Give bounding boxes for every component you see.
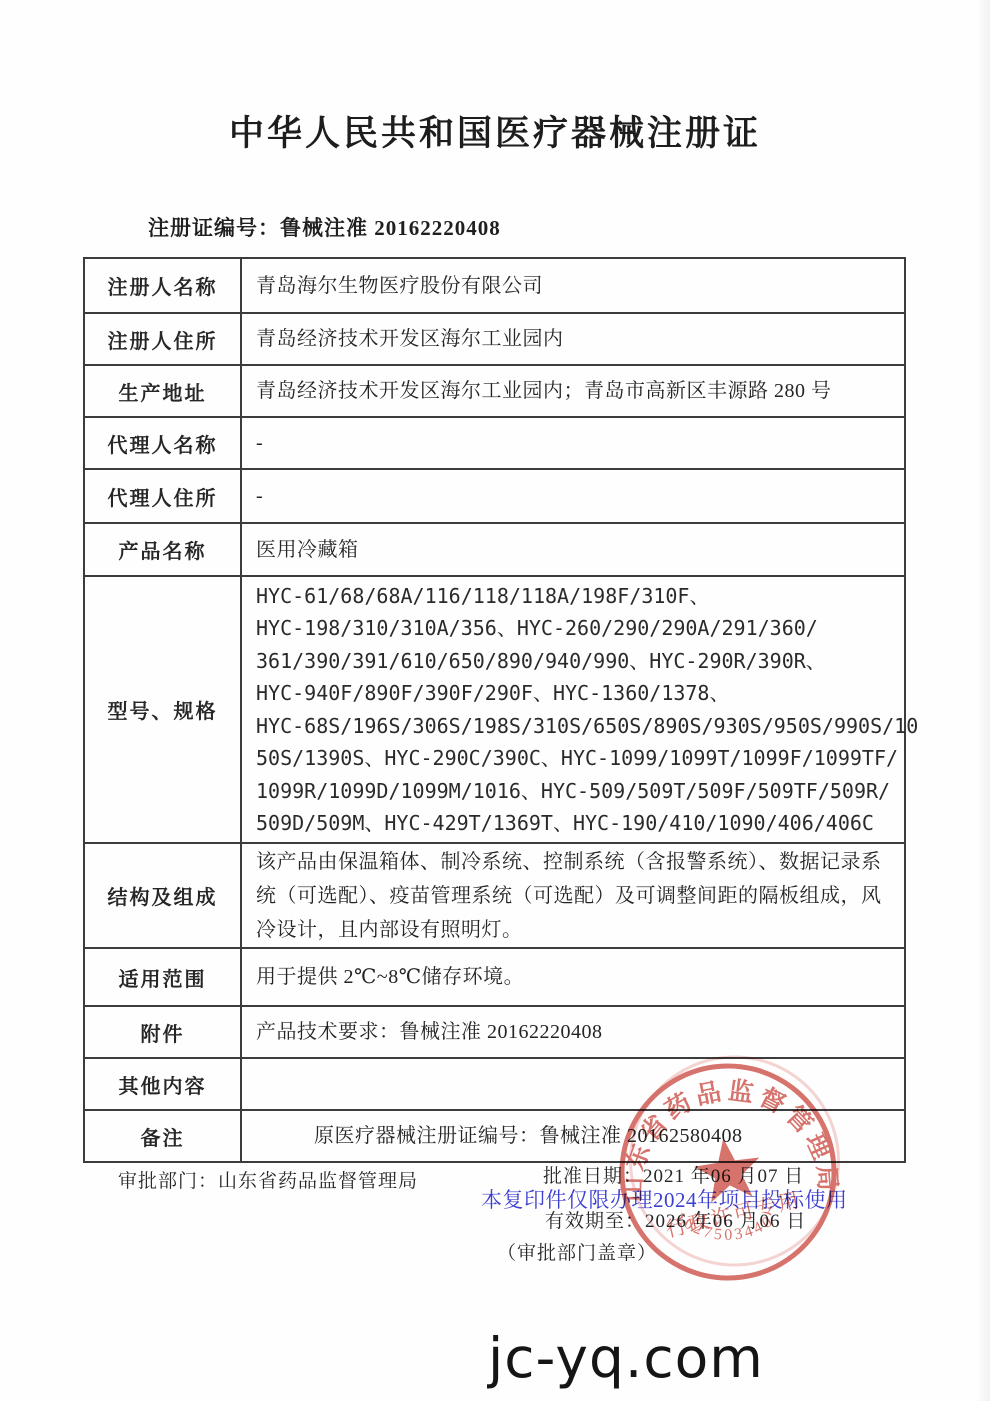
table-row: 产品名称医用冷藏箱 [85, 524, 904, 577]
valid-until-date: 有效期至：2026 年06 月06 日 [545, 1206, 806, 1233]
row-value: 原医疗器械注册证编号：鲁械注准 20162580408 [242, 1111, 904, 1161]
row-label: 注册人名称 [85, 259, 242, 312]
table-row: 注册人名称青岛海尔生物医疗股份有限公司 [85, 259, 904, 314]
row-value: 青岛海尔生物医疗股份有限公司 [242, 259, 904, 312]
table-row: 型号、规格HYC-61/68/68A/116/118/118A/198F/310… [85, 577, 904, 844]
row-value [242, 1059, 904, 1109]
row-label: 生产地址 [85, 366, 242, 416]
model-spec-line: HYC-68S/196S/306S/198S/310S/650S/890S/93… [256, 710, 918, 743]
cert-number-line: 注册证编号：鲁械注准 20162220408 [148, 212, 501, 242]
watermark-text: jc-yq.com [488, 1326, 764, 1390]
table-row: 备注原医疗器械注册证编号：鲁械注准 20162580408 [85, 1111, 904, 1161]
row-label: 附件 [85, 1007, 242, 1057]
model-spec-line: HYC-940F/890F/390F/290F、HYC-1360/1378、 [256, 677, 918, 710]
row-value: HYC-61/68/68A/116/118/118A/198F/310F、HYC… [242, 577, 928, 842]
table-row: 代理人住所- [85, 470, 904, 524]
table-row: 其他内容 [85, 1059, 904, 1111]
table-row: 注册人住所青岛经济技术开发区海尔工业园内 [85, 314, 904, 366]
row-label: 注册人住所 [85, 314, 242, 364]
row-label: 结构及组成 [85, 844, 242, 947]
table-row: 附件产品技术要求：鲁械注准 20162220408 [85, 1007, 904, 1059]
table-row: 结构及组成该产品由保温箱体、制冷系统、控制系统（含报警系统）、数据记录系统（可选… [85, 844, 904, 949]
row-label: 备注 [85, 1111, 242, 1161]
row-value: - [242, 470, 904, 522]
row-value: 青岛经济技术开发区海尔工业园内；青岛市高新区丰源路 280 号 [242, 366, 904, 416]
cert-table: 注册人名称青岛海尔生物医疗股份有限公司注册人住所青岛经济技术开发区海尔工业园内生… [83, 257, 906, 1163]
row-label: 代理人名称 [85, 418, 242, 468]
model-spec-line: 509D/509M、HYC-429T/1369T、HYC-190/410/109… [256, 807, 918, 840]
table-row: 生产地址青岛经济技术开发区海尔工业园内；青岛市高新区丰源路 280 号 [85, 366, 904, 418]
row-label: 其他内容 [85, 1059, 242, 1109]
table-row: 适用范围用于提供 2℃~8℃储存环境。 [85, 949, 904, 1007]
table-row: 代理人名称- [85, 418, 904, 470]
row-value: 青岛经济技术开发区海尔工业园内 [242, 314, 904, 364]
row-value: 该产品由保温箱体、制冷系统、控制系统（含报警系统）、数据记录系统（可选配）、疫苗… [242, 844, 904, 947]
row-label: 产品名称 [85, 524, 242, 575]
row-label: 适用范围 [85, 949, 242, 1005]
row-value: 用于提供 2℃~8℃储存环境。 [242, 949, 904, 1005]
model-spec-line: 50S/1390S、HYC-290C/390C、HYC-1099/1099T/1… [256, 742, 918, 775]
row-label: 型号、规格 [85, 577, 242, 842]
row-label: 代理人住所 [85, 470, 242, 522]
model-spec-line: 1099R/1099D/1099M/1016、HYC-509/509T/509F… [256, 775, 918, 808]
row-value: 医用冷藏箱 [242, 524, 904, 575]
seal-note: （审批部门盖章） [497, 1238, 657, 1265]
row-value: - [242, 418, 904, 468]
model-spec-line: HYC-198/310/310A/356、HYC-260/290/290A/29… [256, 612, 918, 645]
cert-number-label: 注册证编号： [148, 216, 280, 240]
cert-number-value: 鲁械注准 20162220408 [280, 216, 501, 240]
model-spec-line: 361/390/391/610/650/890/940/990、HYC-290R… [256, 645, 918, 678]
certificate-page: 中华人民共和国医疗器械注册证 注册证编号：鲁械注准 20162220408 注册… [0, 0, 990, 1401]
approval-department: 审批部门：山东省药品监督管理局 [118, 1166, 418, 1193]
page-title: 中华人民共和国医疗器械注册证 [0, 106, 990, 156]
model-spec-line: HYC-61/68/68A/116/118/118A/198F/310F、 [256, 580, 918, 613]
row-value: 产品技术要求：鲁械注准 20162220408 [242, 1007, 904, 1057]
